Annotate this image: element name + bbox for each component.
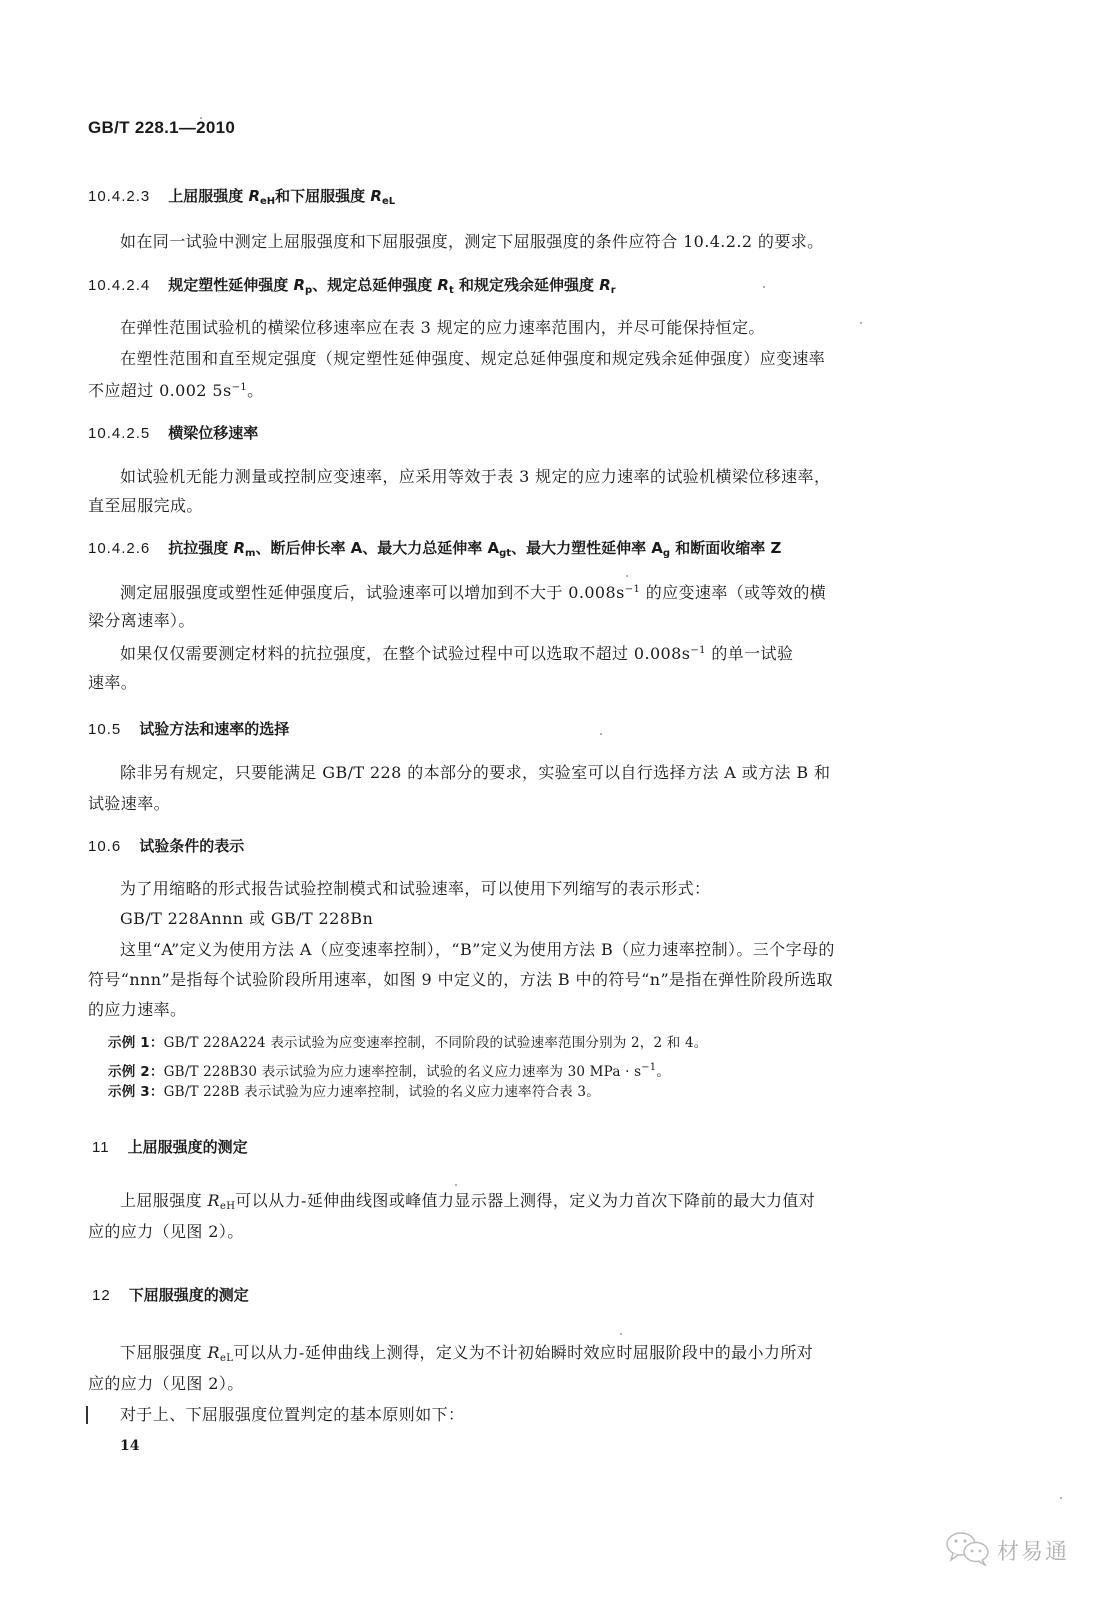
heading-text: 上屈服强度的测定	[128, 1138, 248, 1156]
paragraph: 上屈服强度 ReH可以从力-延伸曲线图或峰值力显示器上测得，定义为力首次下降前的…	[120, 1191, 815, 1217]
watermark: 材易通	[945, 1530, 1069, 1570]
symbol: R	[248, 187, 260, 205]
heading-text: 和规定残余延伸强度	[454, 276, 599, 294]
symbol-subscript: eH	[220, 1201, 235, 1212]
heading-text: 试验方法和速率的选择	[139, 720, 289, 738]
symbol-subscript: eL	[220, 1353, 233, 1364]
symbol: R	[437, 276, 449, 294]
scan-speck	[620, 1333, 622, 1335]
paragraph: 速率。	[88, 673, 137, 693]
paragraph: 的应力速率。	[88, 1000, 186, 1020]
heading-11: 11上屈服强度的测定	[92, 1137, 248, 1158]
heading-text: 和下屈服强度	[275, 187, 370, 205]
text: 的应变速率（或等效的横	[640, 583, 826, 602]
paragraph: 梁分离速率）。	[88, 611, 195, 631]
paragraph: 应的应力（见图 2）。	[88, 1374, 244, 1394]
text: 测定屈服强度或塑性延伸强度后，试验速率可以增加到不大于 0.008s	[120, 583, 625, 602]
revision-change-bar	[86, 1406, 88, 1424]
paragraph: 为了用缩略的形式报告试验控制模式和试验速率，可以使用下列缩写的表示形式：	[120, 879, 710, 899]
paragraph: 下屈服强度 ReL可以从力-延伸曲线上测得，定义为不计初始瞬时效应时屈服阶段中的…	[120, 1343, 813, 1369]
example-1: 示例 1：GB/T 228A224 表示试验为应变速率控制，不同阶段的试验速率范…	[108, 1033, 707, 1053]
symbol: R	[293, 276, 305, 294]
heading-text: 上屈服强度	[168, 187, 248, 205]
standard-header: GB/T 228.1—2010	[88, 118, 235, 138]
example-label: 示例 1：	[108, 1035, 164, 1051]
document-page: GB/T 228.1—2010 10.4.2.3上屈服强度 ReH和下屈服强度 …	[0, 0, 1118, 1600]
paragraph: 这里“A”定义为使用方法 A（应变速率控制），“B”定义为使用方法 B（应力速率…	[120, 940, 835, 960]
superscript: −1	[625, 584, 641, 595]
heading-10-4-2-5: 10.4.2.5横梁位移速率	[88, 423, 258, 444]
paragraph: 试验速率。	[88, 794, 170, 814]
heading-10-5: 10.5试验方法和速率的选择	[88, 719, 289, 740]
symbol: R	[208, 1191, 220, 1210]
heading-text: 下屈服强度的测定	[129, 1286, 249, 1304]
paragraph: 在塑性范围和直至规定强度（规定塑性延伸强度、规定总延伸强度和规定残余延伸强度）应…	[120, 349, 825, 369]
example-2: 示例 2：GB/T 228B30 表示试验为应力速率控制，试验的名义应力速率为 …	[108, 1058, 670, 1082]
text: 的单一试验	[706, 644, 794, 663]
paragraph: 符号“nnn”是指每个试验阶段所用速率，如图 9 中定义的，方法 B 中的符号“…	[88, 970, 833, 990]
watermark-text: 材易通	[997, 1535, 1069, 1566]
wechat-icon	[945, 1530, 991, 1570]
symbol: A	[651, 539, 663, 557]
example-text: GB/T 228B 表示试验为应力速率控制，试验的名义应力速率符合表 3。	[164, 1084, 600, 1100]
section-number: 10.4.2.4	[88, 276, 150, 296]
paragraph: 应的应力（见图 2）。	[88, 1222, 244, 1242]
heading-text: 、规定总延伸强度	[312, 276, 437, 294]
symbol-subscript: gt	[499, 548, 511, 559]
section-number: 10.4.2.5	[88, 424, 150, 444]
example-label: 示例 3：	[108, 1084, 164, 1100]
symbol: R	[208, 1343, 220, 1362]
example-text: GB/T 228A224 表示试验为应变速率控制，不同阶段的试验速率范围分别为 …	[164, 1035, 708, 1051]
text: 。	[247, 381, 263, 400]
section-number: 10.4.2.3	[88, 187, 150, 207]
symbol-subscript: m	[245, 548, 255, 559]
paragraph: 测定屈服强度或塑性延伸强度后，试验速率可以增加到不大于 0.008s−1 的应变…	[120, 580, 826, 603]
heading-10-4-2-6: 10.4.2.6抗拉强度 Rm、断后伸长率 A、最大力总延伸率 Agt、最大力塑…	[88, 538, 781, 564]
example-text: GB/T 228B30 表示试验为应力速率控制，试验的名义应力速率为 30 MP…	[164, 1064, 642, 1080]
text: 下屈服强度	[120, 1343, 208, 1362]
scan-speck	[626, 575, 628, 577]
page-number: 14	[120, 1438, 139, 1454]
heading-10-6: 10.6试验条件的表示	[88, 836, 244, 857]
heading-text: 、断后伸长率 A、最大力总延伸率	[255, 539, 487, 557]
symbol: A	[488, 539, 500, 557]
paragraph: 如果仅仅需要测定材料的抗拉强度，在整个试验过程中可以选取不超过 0.008s−1…	[120, 641, 793, 664]
paragraph: 如试验机无能力测量或控制应变速率，应采用等效于表 3 规定的应力速率的试验机横梁…	[120, 467, 830, 487]
paragraph: 如在同一试验中测定上屈服强度和下屈服强度，测定下屈服强度的条件应符合 10.4.…	[120, 232, 824, 252]
section-number: 12	[92, 1286, 111, 1306]
text: 不应超过 0.002 5s	[88, 381, 232, 400]
scan-speck	[455, 1184, 457, 1186]
superscript: −1	[690, 645, 706, 656]
paragraph: 不应超过 0.002 5s−1。	[88, 378, 264, 401]
superscript: −1	[232, 382, 248, 393]
scan-speck	[860, 322, 862, 324]
superscript: −1	[641, 1062, 656, 1073]
heading-text: 、最大力塑性延伸率	[511, 539, 651, 557]
symbol: R	[599, 276, 611, 294]
heading-text: 试验条件的表示	[139, 837, 244, 855]
example-label: 示例 2：	[108, 1064, 164, 1080]
heading-text: 和断面收缩率 Z	[670, 539, 781, 557]
paragraph: 在弹性范围试验机的横梁位移速率应在表 3 规定的应力速率范围内，并尽可能保持恒定…	[120, 318, 765, 338]
scan-speck	[763, 286, 765, 288]
formula: GB/T 228Annn 或 GB/T 228Bn	[120, 909, 373, 929]
example-text: 。	[656, 1064, 670, 1080]
section-number: 11	[92, 1138, 110, 1158]
heading-text: 抗拉强度	[168, 539, 233, 557]
example-3: 示例 3：GB/T 228B 表示试验为应力速率控制，试验的名义应力速率符合表 …	[108, 1082, 600, 1102]
heading-10-4-2-4: 10.4.2.4规定塑性延伸强度 Rp、规定总延伸强度 Rt 和规定残余延伸强度…	[88, 275, 616, 301]
heading-10-4-2-3: 10.4.2.3上屈服强度 ReH和下屈服强度 ReL	[88, 186, 395, 212]
paragraph: 除非另有规定，只要能满足 GB/T 228 的本部分的要求，实验室可以自行选择方…	[120, 763, 830, 783]
text: 如果仅仅需要测定材料的抗拉强度，在整个试验过程中可以选取不超过 0.008s	[120, 644, 690, 663]
heading-text: 规定塑性延伸强度	[168, 276, 293, 294]
symbol-subscript: g	[663, 548, 670, 559]
scan-speck	[1060, 1497, 1062, 1499]
text: 可以从力-延伸曲线图或峰值力显示器上测得，定义为力首次下降前的最大力值对	[235, 1191, 815, 1210]
paragraph: 对于上、下屈服强度位置判定的基本原则如下：	[120, 1405, 464, 1425]
scan-speck	[200, 117, 202, 119]
symbol: R	[370, 187, 382, 205]
text: 上屈服强度	[120, 1191, 208, 1210]
section-number: 10.4.2.6	[88, 539, 150, 559]
text: 可以从力-延伸曲线上测得，定义为不计初始瞬时效应时屈服阶段中的最小力所对	[233, 1343, 813, 1362]
section-number: 10.6	[88, 837, 121, 857]
section-number: 10.5	[88, 720, 121, 740]
symbol-subscript: eL	[382, 196, 395, 207]
symbol-subscript: r	[611, 285, 616, 296]
scan-speck	[600, 733, 602, 735]
paragraph: 直至屈服完成。	[88, 496, 203, 516]
heading-12: 12下屈服强度的测定	[92, 1285, 249, 1306]
heading-text: 横梁位移速率	[168, 424, 258, 442]
symbol: R	[233, 539, 245, 557]
symbol-subscript: eH	[260, 196, 275, 207]
